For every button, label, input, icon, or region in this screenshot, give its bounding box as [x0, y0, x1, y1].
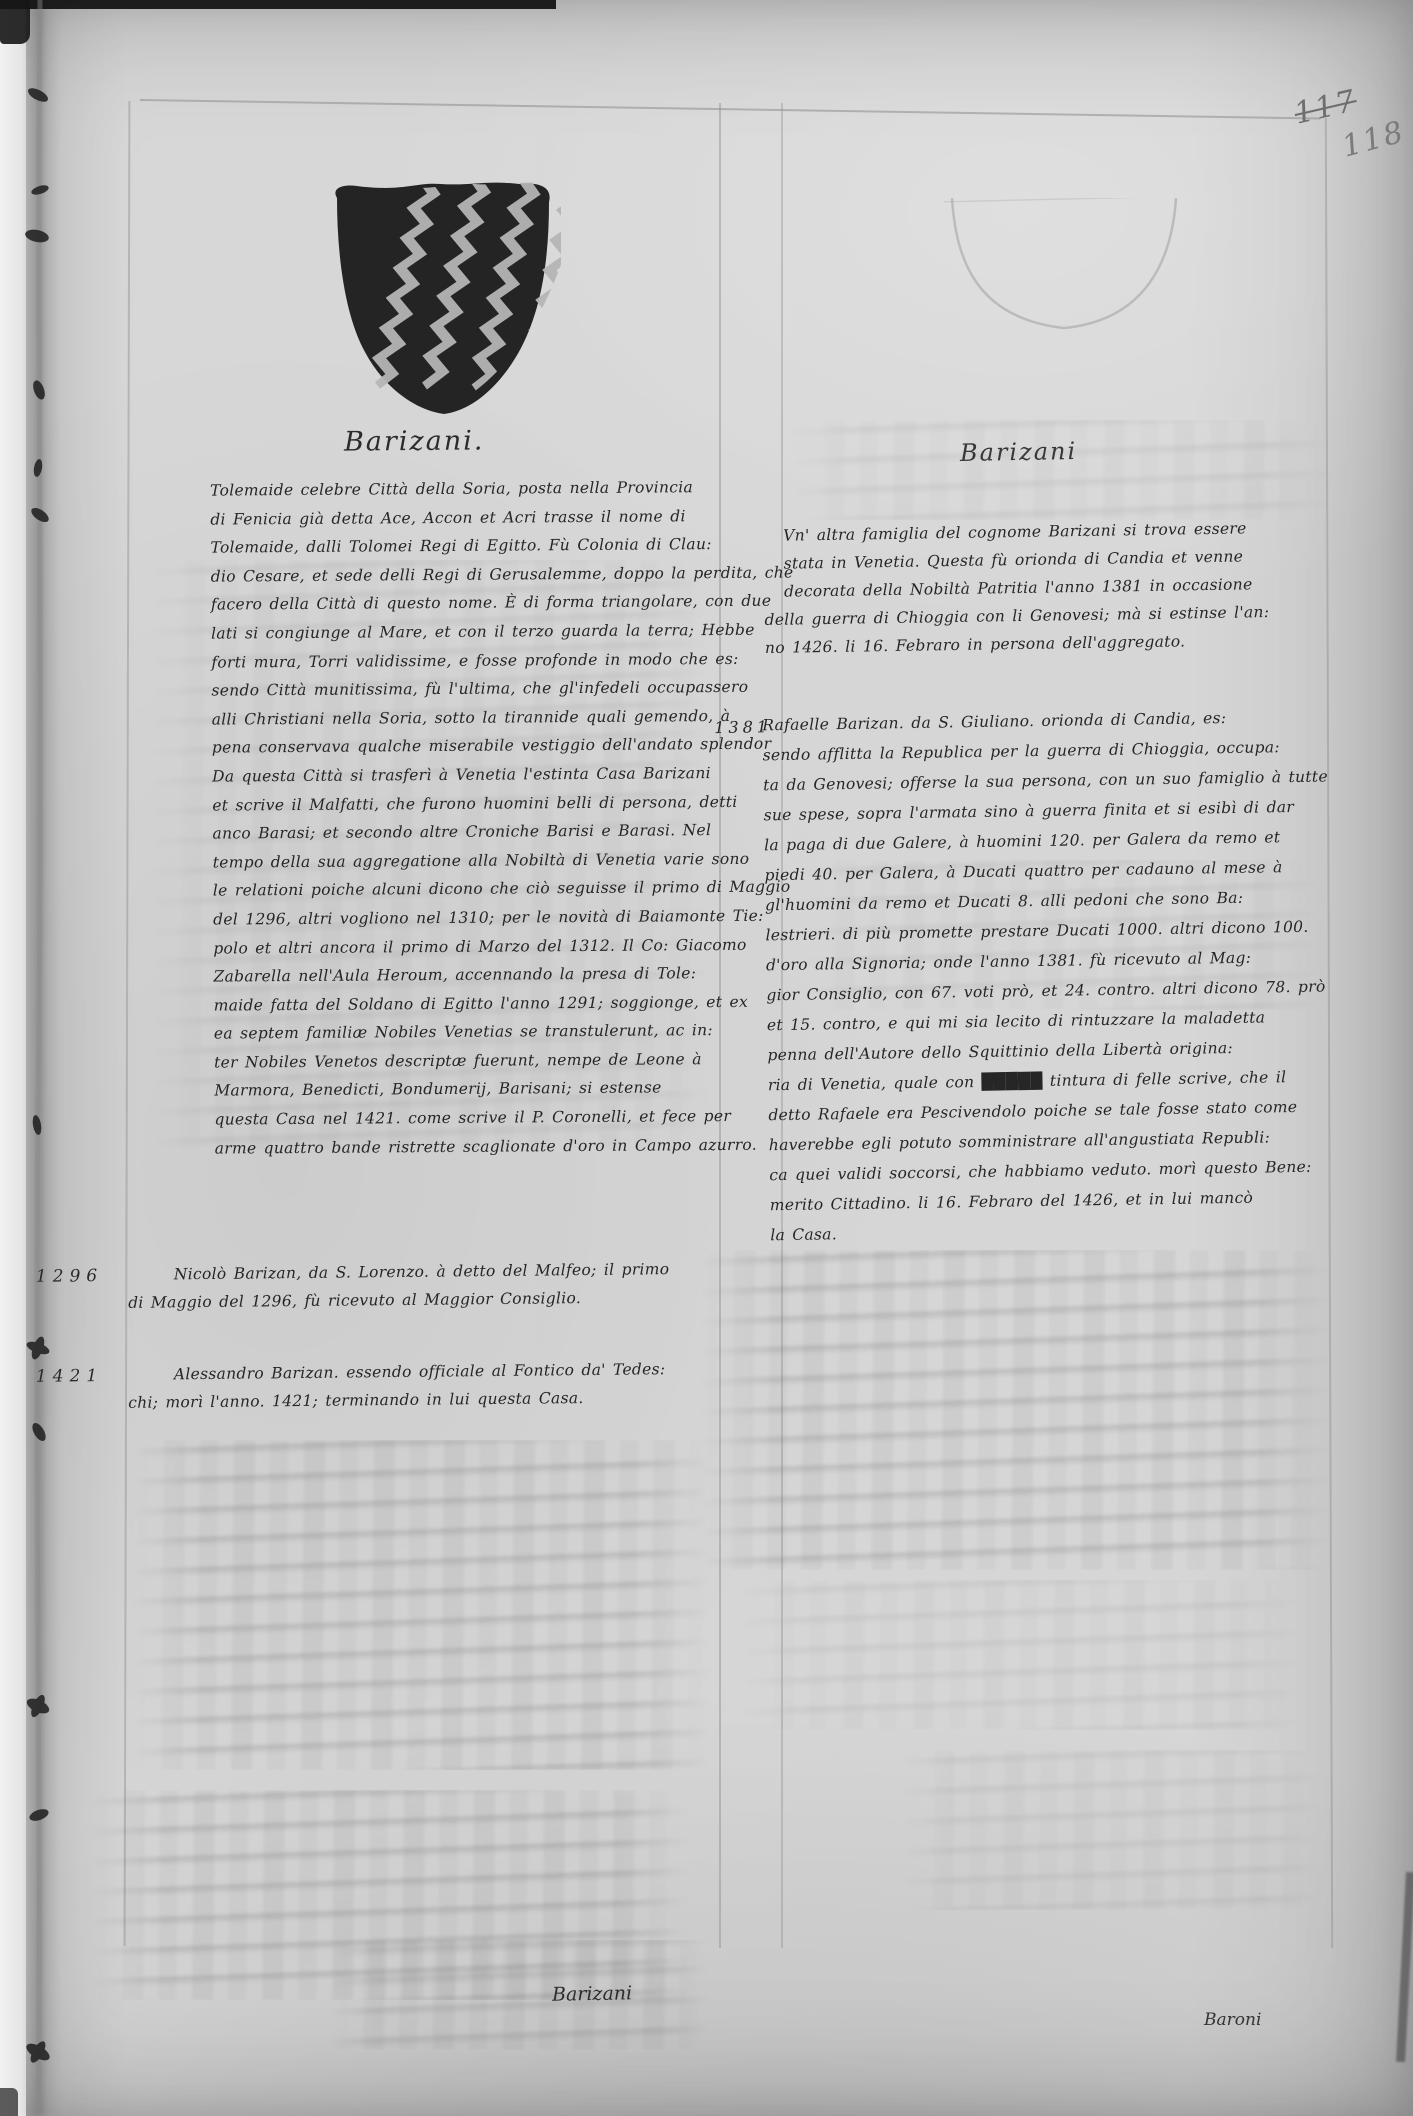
- manuscript-line: chi; morì l'anno. 1421; terminando in lu…: [128, 1383, 666, 1417]
- bleedthrough-ghost-text: [130, 1440, 710, 1770]
- empty-shield-outline: [944, 198, 1186, 352]
- right-edge-mark: [1396, 1872, 1413, 2062]
- manuscript-line: di Maggio del 1296, fù ricevuto al Maggi…: [128, 1283, 670, 1317]
- entry-year: 1296: [36, 1262, 104, 1291]
- manuscript-line: di Fenicia già detta Ace, Accon et Acri …: [210, 501, 793, 534]
- barizani-coat-of-arms: [323, 176, 561, 428]
- entry-1421-alessandro-barizan: 1421 Alessandro Barizan. essendo officia…: [128, 1355, 666, 1417]
- bleedthrough-ghost-text: [900, 1750, 1320, 1910]
- manuscript-line: Nicolò Barizan, da S. Lorenzo. à detto d…: [128, 1255, 670, 1289]
- manuscript-line: Tolemaide celebre Città della Soria, pos…: [210, 472, 793, 505]
- folio-number-crossed: 117: [1291, 83, 1361, 131]
- right-column-intro-paragraph: Vn' altra famiglia del cognome Barizani …: [763, 514, 1270, 662]
- manuscript-line: Tolemaide, dalli Tolomei Regi di Egitto.…: [210, 530, 793, 563]
- photo-top-black-strip: [0, 0, 556, 9]
- bleedthrough-ghost-text: [330, 1940, 710, 2050]
- entry-year: 1421: [36, 1362, 104, 1391]
- folio-number: 118: [1339, 114, 1409, 164]
- bleedthrough-ghost-text: [800, 860, 1320, 1010]
- binding-stitches: [14, 0, 70, 2116]
- bleedthrough-ghost-text: [150, 560, 710, 1150]
- entry-year: 1381: [714, 712, 771, 743]
- entry-1296-nicolo-barizan: 1296 Nicolò Barizan, da S. Lorenzo. à de…: [128, 1255, 670, 1317]
- manuscript-line: Alessandro Barizan. essendo officiale al…: [128, 1355, 666, 1389]
- bleedthrough-ghost-text: [740, 1580, 1300, 1730]
- left-column-heading: Barizani.: [344, 425, 485, 457]
- bleedthrough-ghost-text: [700, 1250, 1330, 1570]
- ruled-line-top: [140, 99, 1320, 120]
- bleedthrough-ghost-text: [790, 420, 1330, 520]
- catchword-right: Baroni: [1204, 2010, 1261, 2030]
- manuscript-page: 117 118 Barizani. Barizani Tolemaide cel…: [0, 0, 1413, 2116]
